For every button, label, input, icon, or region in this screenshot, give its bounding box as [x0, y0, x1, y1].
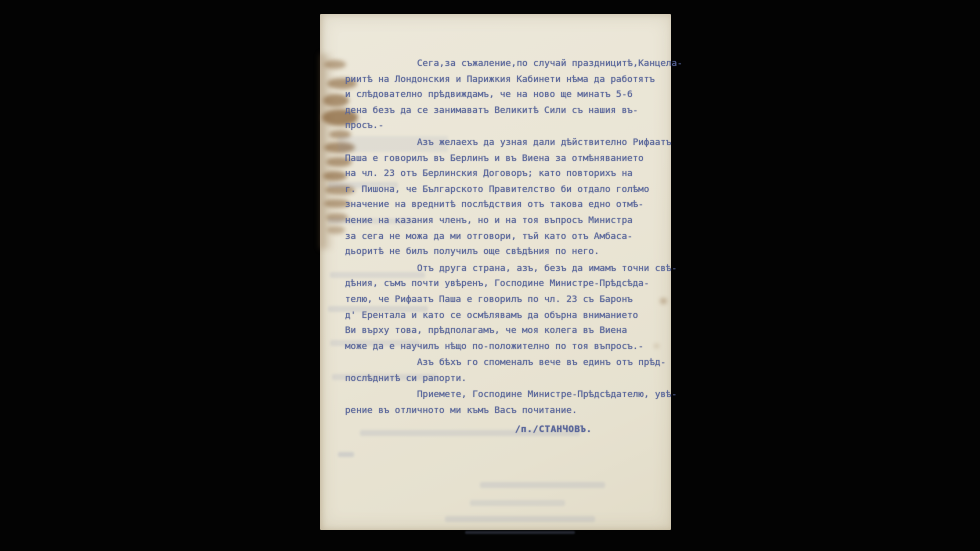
- text-line: риитѣ на Лондонския и Парижкия Кабинети …: [345, 72, 665, 88]
- bleedthrough-mark: [445, 516, 595, 522]
- text-line: послѣднитѣ си рапорти.: [345, 371, 665, 387]
- text-line: значение на вреднитѣ послѣдствия отъ так…: [345, 197, 665, 213]
- text-line: Сега,за съжаление,по случай праздницитѣ,…: [345, 56, 665, 72]
- text-line: дьоритѣ не билъ получилъ още свѣдѣния по…: [345, 244, 665, 260]
- text-line: и слѣдователно прѣдвиждамъ, че на ново щ…: [345, 87, 665, 103]
- text-line: Приемете, Господине Министре-Прѣдсѣдател…: [345, 387, 665, 403]
- stain-blot: [324, 60, 346, 69]
- paragraph: Отъ друга страна, азъ, безъ да имамъ точ…: [345, 261, 665, 355]
- bleedthrough-mark: [470, 500, 565, 506]
- paragraph: Сега,за съжаление,по случай праздницитѣ,…: [345, 56, 665, 134]
- text-line: може да е научилъ нѣщо по-положително по…: [345, 339, 665, 355]
- bleedthrough-mark: [338, 452, 354, 457]
- paragraph: Приемете, Господине Министре-Прѣдсѣдател…: [345, 387, 665, 418]
- text-line: телю, че Рифаатъ Паша е говорилъ по чл. …: [345, 292, 665, 308]
- text-line: просъ.-: [345, 118, 665, 134]
- text-line: на чл. 23 отъ Берлинския Договоръ; като …: [345, 166, 665, 182]
- letter-paragraphs: Сега,за съжаление,по случай праздницитѣ,…: [345, 56, 665, 419]
- text-line: Ви върху това, прѣдполагамъ, че моя коле…: [345, 323, 665, 339]
- text-line: дена безъ да се занимаватъ Великитѣ Сили…: [345, 103, 665, 119]
- bleedthrough-underline: [465, 531, 575, 534]
- text-line: за сега не можа да ми отговори, тъй като…: [345, 229, 665, 245]
- text-line: д' Ерентала и като се осмѣлявамъ да обър…: [345, 308, 665, 324]
- text-line: рение въ отличното ми къмъ Васъ почитани…: [345, 403, 665, 419]
- text-line: Отъ друга страна, азъ, безъ да имамъ точ…: [345, 261, 665, 277]
- text-line: г. Пишона, че Българското Правителство б…: [345, 182, 665, 198]
- text-line: Паша е говорилъ въ Берлинъ и въ Виена за…: [345, 151, 665, 167]
- text-line: дѣния, съмъ почти увѣренъ, Господине Мин…: [345, 276, 665, 292]
- letter-body: Сега,за съжаление,по случай праздницитѣ,…: [345, 56, 665, 437]
- bleedthrough-mark: [480, 482, 605, 488]
- document-page: Сега,за съжаление,по случай праздницитѣ,…: [320, 14, 671, 530]
- scan-viewer: { "colors": { "background": "#030303", "…: [0, 0, 980, 551]
- paragraph: Азъ желаехъ да узная дали дѣйствително Р…: [345, 135, 665, 260]
- signature: /п./СТАНЧОВЪ.: [515, 422, 665, 438]
- paragraph: Азъ бѣхъ го споменалъ вече въ единъ отъ …: [345, 355, 665, 386]
- text-line: Азъ бѣхъ го споменалъ вече въ единъ отъ …: [345, 355, 665, 371]
- stain-blot: [327, 226, 345, 234]
- text-line: Азъ желаехъ да узная дали дѣйствително Р…: [345, 135, 665, 151]
- text-line: нение на казания членъ, но и на тоя въпр…: [345, 213, 665, 229]
- stain-blot: [323, 171, 347, 181]
